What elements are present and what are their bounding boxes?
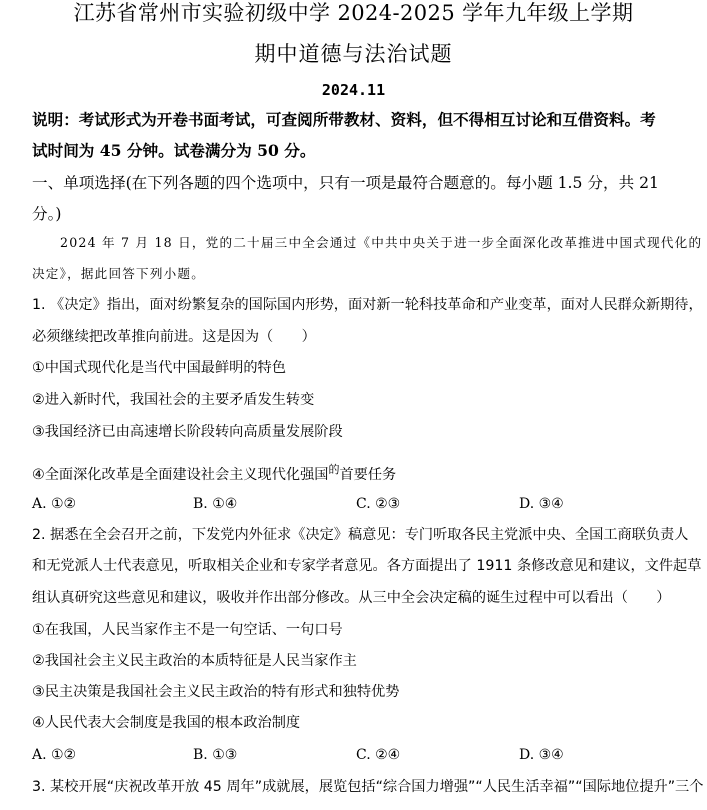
material-line1: 2024 年 7 月 18 日，党的二十届三中全会通过《中共中央关于进一步全面深… — [60, 234, 702, 252]
choice-d[interactable]: D. ③④ — [519, 745, 564, 765]
statement-3: ③我国经济已由高速增长阶段转向高质量发展阶段 — [32, 422, 343, 442]
material-line2: 决定》，据此回答下列小题。 — [32, 265, 205, 283]
exam-title-line1: 江苏省常州市实验初级中学 2024-2025 学年九年级上学期 — [0, 0, 707, 26]
choice-d[interactable]: D. ③④ — [519, 494, 564, 514]
question-stem-line: 和无党派人士代表意见，听取相关企业和专家学者意见。各方面提出了 1911 条修改… — [32, 556, 701, 576]
section-heading-line1: 一、单项选择(在下列各题的四个选项中，只有一项是最符合题意的。每小题 1.5 分… — [32, 173, 659, 193]
instructions-line1: 说明：考试形式为开卷书面考试，可查阅所带教材、资料，但不得相互讨论和互借资料。考 — [32, 110, 656, 130]
question-stem-line: 必须继续把改革推向前进。这是因为（ ） — [32, 327, 316, 347]
question-stem-line: 2. 据悉在全会召开之前，下发党内外征求《决定》稿意见：专门听取各民主党派中央、… — [32, 525, 689, 545]
statement-4: ④全面深化改革是全面建设社会主义现代化强国的首要任务 — [32, 460, 396, 485]
statement-3: ③民主决策是我国社会主义民主政治的特有形式和独特优势 — [32, 682, 399, 702]
exam-page: 江苏省常州市实验初级中学 2024-2025 学年九年级上学期 期中道德与法治试… — [0, 0, 707, 810]
statement-4-text-a: ④全面深化改革是全面建设社会主义现代化强国 — [32, 467, 328, 483]
question-stem-line: 组认真研究这些意见和建议，吸收并作出部分修改。从三中全会决定稿的诞生过程中可以看… — [32, 588, 670, 608]
section-heading-line2: 分。) — [32, 204, 61, 224]
statement-4: ④人民代表大会制度是我国的根本政治制度 — [32, 713, 300, 733]
statement-1: ①中国式现代化是当代中国最鲜明的特色 — [32, 358, 286, 378]
statement-2: ②我国社会主义民主政治的本质特征是人民当家作主 — [32, 651, 357, 671]
exam-date: 2024.11 — [0, 80, 707, 100]
question-stem-line: 1. 《决定》指出，面对纷繁复杂的国际国内形势，面对新一轮科技革命和产业变革，面… — [32, 295, 703, 315]
statement-4-text-b: 首要任务 — [339, 467, 396, 483]
choice-c[interactable]: C. ②③ — [356, 494, 400, 514]
choice-a[interactable]: A. ①② — [32, 494, 76, 514]
statement-2: ②进入新时代，我国社会的主要矛盾发生转变 — [32, 390, 314, 410]
choice-b[interactable]: B. ①③ — [193, 745, 237, 765]
choice-a[interactable]: A. ①② — [32, 745, 76, 765]
choice-c[interactable]: C. ②④ — [356, 745, 400, 765]
exam-title-line2: 期中道德与法治试题 — [0, 41, 707, 67]
statement-4-text-sup: 的 — [328, 463, 339, 476]
instructions-line2: 试时间为 45 分钟。试卷满分为 50 分。 — [32, 141, 315, 161]
question-stem-line: 3. 某校开展“庆祝改革开放 45 周年”成就展，展览包括“综合国力增强”“人民… — [32, 777, 703, 797]
statement-1: ①在我国，人民当家作主不是一句空话、一句口号 — [32, 620, 343, 640]
choice-b[interactable]: B. ①④ — [193, 494, 237, 514]
